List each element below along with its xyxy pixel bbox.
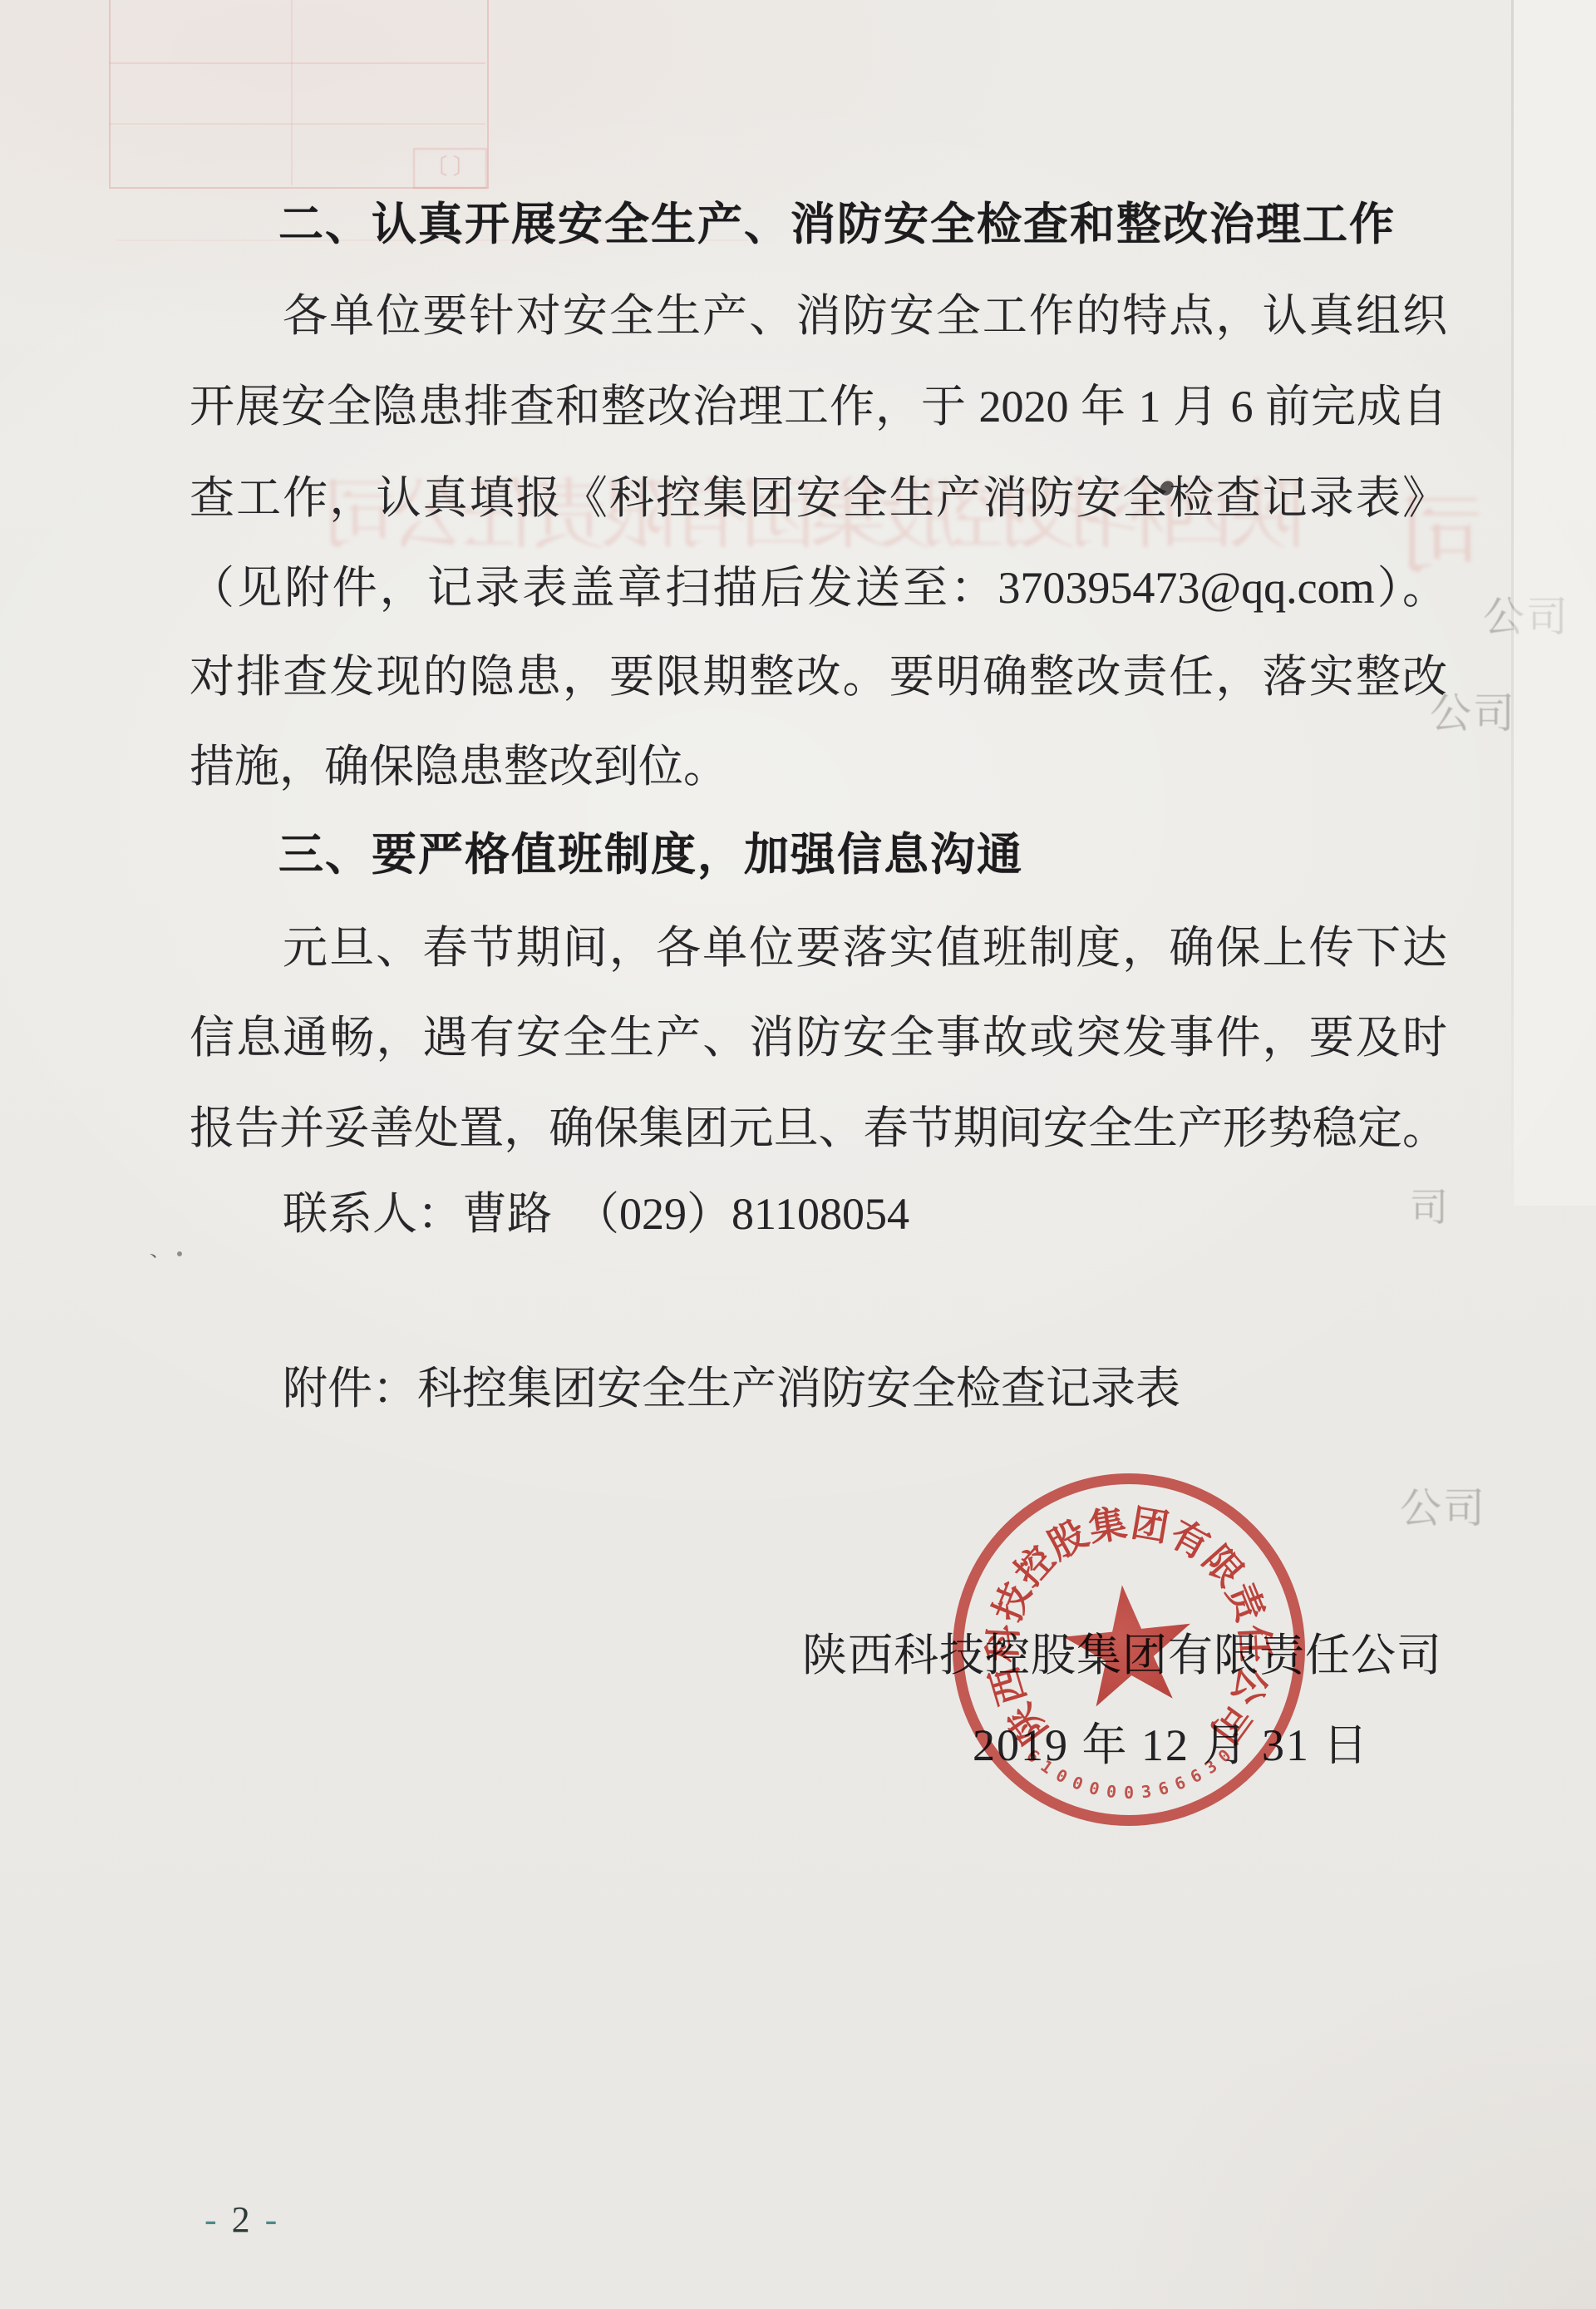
ghost-text: 公司	[1400, 1475, 1486, 1535]
body-line: 对排查发现的隐患，要限期整改。要明确整改责任，落实整改	[190, 650, 1447, 703]
body-line: （见附件，记录表盖章扫描后发送至：370395473@qq.com）。	[190, 561, 1447, 614]
section-2-heading: 二、认真开展安全生产、消防安全检查和整改治理工作	[278, 200, 1396, 249]
body-line: 各单位要针对安全生产、消防安全工作的特点，认真组织	[190, 289, 1447, 343]
body-line: 查工作，认真填报《科控集团安全生产消防安全检查记录表》	[190, 471, 1447, 525]
bleed-table-cell: 〔 〕	[413, 148, 487, 189]
contact-line: 联系人：曹路 （029）81108054	[283, 1187, 1446, 1241]
bleed-table-column-line	[291, 0, 293, 185]
page-number-dash: -	[254, 2199, 293, 2240]
scan-crease-line	[1511, 0, 1514, 1206]
section-3-heading: 三、要严格值班制度，加强信息沟通	[278, 830, 1023, 880]
bleed-table-row-line	[109, 123, 485, 125]
page-number: -2-	[193, 2198, 292, 2241]
scan-crease-band	[1514, 0, 1596, 1206]
body-line: 报告并妥善处置，确保集团元旦、春节期间安全生产形势稳定。	[190, 1102, 1447, 1155]
scanned-document-page: 〔 〕 陕西科技控股集团有限责任公司 司 公司 公司 司 公司 、 二、认真开展…	[0, 0, 1596, 2309]
page-number-value: 2	[232, 2199, 254, 2240]
official-seal: 陕西科技控股集团有限责任公司 6100000366630	[953, 1473, 1305, 1826]
page-number-dash: -	[193, 2199, 232, 2240]
body-line: 信息通畅，遇有安全生产、消防安全事故或突发事件，要及时	[190, 1011, 1447, 1064]
body-line: 元旦、春节期间，各单位要落实值班制度，确保上传下达	[190, 921, 1447, 974]
stray-dot	[177, 1251, 182, 1256]
attachment-line: 附件：科控集团安全生产消防安全检查记录表	[283, 1362, 1446, 1415]
body-line: 措施，确保隐患整改到位。	[190, 740, 1447, 793]
body-line: 开展安全隐患排查和整改治理工作，于 2020 年 1 月 6 前完成自	[190, 380, 1447, 433]
stray-mark: 、	[145, 1231, 171, 1263]
bleed-table-row-line	[109, 62, 485, 64]
